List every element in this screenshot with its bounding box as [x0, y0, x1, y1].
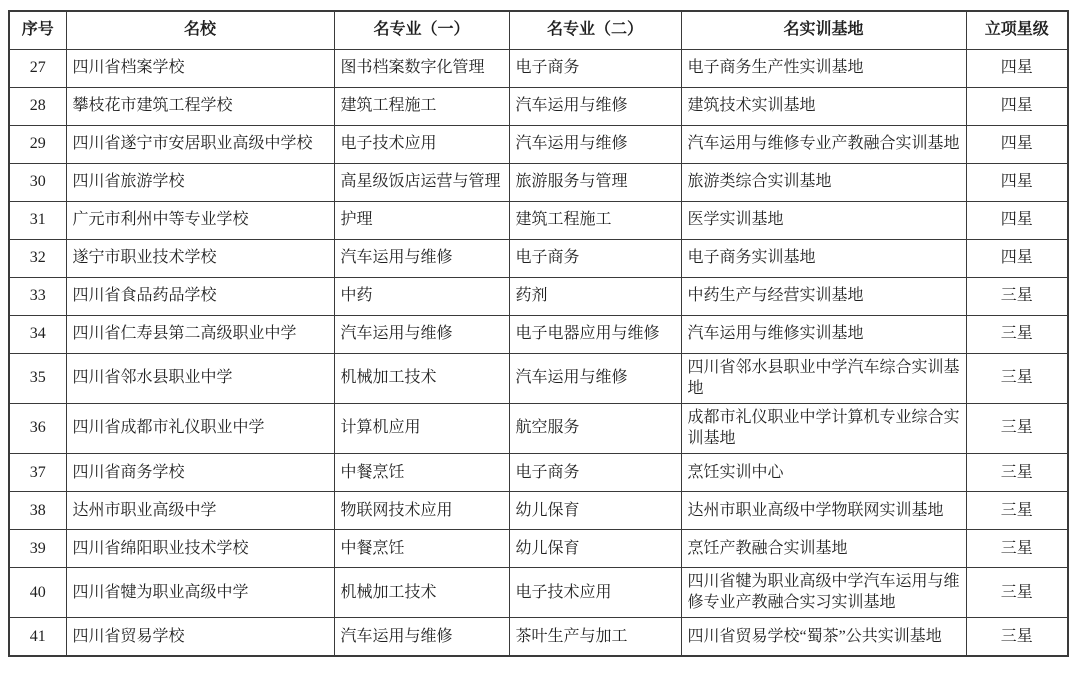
cell-star-rating: 三星 [966, 315, 1068, 353]
cell-star-rating: 四星 [966, 125, 1068, 163]
header-cell-star-rating: 立项星级 [966, 11, 1068, 49]
cell-training-base: 汽车运用与维修实训基地 [681, 315, 966, 353]
cell-star-rating: 四星 [966, 239, 1068, 277]
cell-training-base: 烹饪实训中心 [681, 453, 966, 491]
cell-major-two: 汽车运用与维修 [509, 87, 681, 125]
cell-major-one: 机械加工技术 [334, 353, 509, 403]
cell-star-rating: 三星 [966, 491, 1068, 529]
cell-star-rating: 四星 [966, 87, 1068, 125]
cell-major-one: 物联网技术应用 [334, 491, 509, 529]
table-row: 28攀枝花市建筑工程学校建筑工程施工汽车运用与维修建筑技术实训基地四星 [9, 87, 1068, 125]
cell-star-rating: 四星 [966, 163, 1068, 201]
cell-training-base: 电子商务生产性实训基地 [681, 49, 966, 87]
cell-star-rating: 三星 [966, 618, 1068, 656]
cell-school: 遂宁市职业技术学校 [66, 239, 334, 277]
cell-major-two: 幼儿保育 [509, 491, 681, 529]
cell-index: 32 [9, 239, 66, 277]
cell-school: 四川省绵阳职业技术学校 [66, 529, 334, 567]
cell-star-rating: 三星 [966, 567, 1068, 617]
header-cell-index: 序号 [9, 11, 66, 49]
table-row: 31广元市利州中等专业学校护理建筑工程施工医学实训基地四星 [9, 201, 1068, 239]
table-row: 29四川省遂宁市安居职业高级中学校电子技术应用汽车运用与维修汽车运用与维修专业产… [9, 125, 1068, 163]
cell-major-two: 药剂 [509, 277, 681, 315]
cell-index: 41 [9, 618, 66, 656]
cell-training-base: 旅游类综合实训基地 [681, 163, 966, 201]
cell-school: 达州市职业高级中学 [66, 491, 334, 529]
table-body: 27四川省档案学校图书档案数字化管理电子商务电子商务生产性实训基地四星28攀枝花… [9, 49, 1068, 656]
cell-school: 四川省犍为职业高级中学 [66, 567, 334, 617]
cell-training-base: 成都市礼仪职业中学计算机专业综合实训基地 [681, 403, 966, 453]
cell-index: 29 [9, 125, 66, 163]
table-row: 35四川省邻水县职业中学机械加工技术汽车运用与维修四川省邻水县职业中学汽车综合实… [9, 353, 1068, 403]
table-row: 30四川省旅游学校高星级饭店运营与管理旅游服务与管理旅游类综合实训基地四星 [9, 163, 1068, 201]
cell-major-one: 汽车运用与维修 [334, 239, 509, 277]
header-row: 序号名校名专业（一）名专业（二）名实训基地立项星级 [9, 11, 1068, 49]
cell-major-one: 高星级饭店运营与管理 [334, 163, 509, 201]
cell-major-one: 中餐烹饪 [334, 529, 509, 567]
cell-training-base: 达州市职业高级中学物联网实训基地 [681, 491, 966, 529]
cell-major-two: 汽车运用与维修 [509, 353, 681, 403]
cell-index: 36 [9, 403, 66, 453]
cell-star-rating: 三星 [966, 529, 1068, 567]
table-row: 34四川省仁寿县第二高级职业中学汽车运用与维修电子电器应用与维修汽车运用与维修实… [9, 315, 1068, 353]
header-cell-major-one: 名专业（一） [334, 11, 509, 49]
cell-training-base: 烹饪产教融合实训基地 [681, 529, 966, 567]
cell-school: 四川省仁寿县第二高级职业中学 [66, 315, 334, 353]
cell-major-two: 幼儿保育 [509, 529, 681, 567]
cell-star-rating: 三星 [966, 353, 1068, 403]
header-cell-major-two: 名专业（二） [509, 11, 681, 49]
cell-major-two: 茶叶生产与加工 [509, 618, 681, 656]
cell-major-two: 电子商务 [509, 239, 681, 277]
table-row: 37四川省商务学校中餐烹饪电子商务烹饪实训中心三星 [9, 453, 1068, 491]
cell-major-two: 旅游服务与管理 [509, 163, 681, 201]
cell-school: 四川省成都市礼仪职业中学 [66, 403, 334, 453]
cell-training-base: 中药生产与经营实训基地 [681, 277, 966, 315]
header-cell-school: 名校 [66, 11, 334, 49]
cell-training-base: 四川省犍为职业高级中学汽车运用与维修专业产教融合实习实训基地 [681, 567, 966, 617]
table-row: 40四川省犍为职业高级中学机械加工技术电子技术应用四川省犍为职业高级中学汽车运用… [9, 567, 1068, 617]
cell-index: 37 [9, 453, 66, 491]
cell-major-one: 中餐烹饪 [334, 453, 509, 491]
cell-index: 30 [9, 163, 66, 201]
cell-school: 四川省档案学校 [66, 49, 334, 87]
cell-index: 33 [9, 277, 66, 315]
cell-star-rating: 三星 [966, 453, 1068, 491]
document-page: 序号名校名专业（一）名专业（二）名实训基地立项星级 27四川省档案学校图书档案数… [0, 0, 1080, 673]
cell-major-one: 计算机应用 [334, 403, 509, 453]
cell-school: 广元市利州中等专业学校 [66, 201, 334, 239]
cell-school: 攀枝花市建筑工程学校 [66, 87, 334, 125]
cell-index: 31 [9, 201, 66, 239]
cell-training-base: 汽车运用与维修专业产教融合实训基地 [681, 125, 966, 163]
table-row: 38达州市职业高级中学物联网技术应用幼儿保育达州市职业高级中学物联网实训基地三星 [9, 491, 1068, 529]
schools-training-base-table: 序号名校名专业（一）名专业（二）名实训基地立项星级 27四川省档案学校图书档案数… [8, 10, 1069, 657]
cell-major-two: 航空服务 [509, 403, 681, 453]
cell-school: 四川省遂宁市安居职业高级中学校 [66, 125, 334, 163]
cell-star-rating: 三星 [966, 403, 1068, 453]
cell-major-two: 建筑工程施工 [509, 201, 681, 239]
cell-major-one: 电子技术应用 [334, 125, 509, 163]
cell-index: 39 [9, 529, 66, 567]
cell-training-base: 四川省邻水县职业中学汽车综合实训基地 [681, 353, 966, 403]
cell-index: 40 [9, 567, 66, 617]
table-row: 33四川省食品药品学校中药药剂中药生产与经营实训基地三星 [9, 277, 1068, 315]
cell-star-rating: 四星 [966, 201, 1068, 239]
cell-major-two: 电子商务 [509, 49, 681, 87]
cell-school: 四川省旅游学校 [66, 163, 334, 201]
cell-school: 四川省商务学校 [66, 453, 334, 491]
cell-index: 38 [9, 491, 66, 529]
cell-school: 四川省邻水县职业中学 [66, 353, 334, 403]
cell-major-one: 建筑工程施工 [334, 87, 509, 125]
table-row: 32遂宁市职业技术学校汽车运用与维修电子商务电子商务实训基地四星 [9, 239, 1068, 277]
cell-major-two: 汽车运用与维修 [509, 125, 681, 163]
header-cell-training-base: 名实训基地 [681, 11, 966, 49]
table-row: 27四川省档案学校图书档案数字化管理电子商务电子商务生产性实训基地四星 [9, 49, 1068, 87]
cell-major-one: 图书档案数字化管理 [334, 49, 509, 87]
cell-major-one: 汽车运用与维修 [334, 618, 509, 656]
cell-school: 四川省贸易学校 [66, 618, 334, 656]
cell-star-rating: 四星 [966, 49, 1068, 87]
cell-school: 四川省食品药品学校 [66, 277, 334, 315]
cell-training-base: 建筑技术实训基地 [681, 87, 966, 125]
cell-index: 28 [9, 87, 66, 125]
table-row: 41四川省贸易学校汽车运用与维修茶叶生产与加工四川省贸易学校“蜀茶”公共实训基地… [9, 618, 1068, 656]
cell-major-one: 护理 [334, 201, 509, 239]
cell-major-one: 中药 [334, 277, 509, 315]
cell-major-two: 电子商务 [509, 453, 681, 491]
cell-training-base: 医学实训基地 [681, 201, 966, 239]
cell-major-one: 汽车运用与维修 [334, 315, 509, 353]
cell-major-one: 机械加工技术 [334, 567, 509, 617]
table-row: 39四川省绵阳职业技术学校中餐烹饪幼儿保育烹饪产教融合实训基地三星 [9, 529, 1068, 567]
cell-star-rating: 三星 [966, 277, 1068, 315]
table-row: 36四川省成都市礼仪职业中学计算机应用航空服务成都市礼仪职业中学计算机专业综合实… [9, 403, 1068, 453]
cell-major-two: 电子技术应用 [509, 567, 681, 617]
cell-major-two: 电子电器应用与维修 [509, 315, 681, 353]
cell-training-base: 四川省贸易学校“蜀茶”公共实训基地 [681, 618, 966, 656]
cell-index: 35 [9, 353, 66, 403]
cell-index: 27 [9, 49, 66, 87]
cell-index: 34 [9, 315, 66, 353]
cell-training-base: 电子商务实训基地 [681, 239, 966, 277]
